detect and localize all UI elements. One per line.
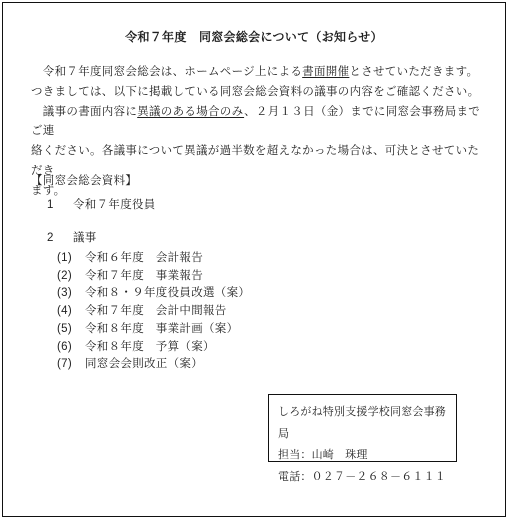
agenda-item: (1)令和６年度 会計報告 <box>57 250 250 268</box>
body-line-1-post: とさせていただきます。 <box>349 66 478 78</box>
materials-section-heading: 【同窓会総会資料】 <box>31 172 137 188</box>
agenda-item-label: 令和６年度 会計報告 <box>85 252 203 264</box>
agenda-item-label: 令和８年度 予算（案） <box>85 341 215 353</box>
materials-item-officers: 1令和７年度役員 <box>47 196 156 212</box>
contact-phone: 電話：０２７－２６８－６１１１ <box>278 467 450 489</box>
materials-item-officers-label: 令和７年度役員 <box>73 199 156 211</box>
materials-item-agenda-number: 2 <box>47 232 73 244</box>
agenda-item-number: (6) <box>57 339 85 357</box>
materials-item-agenda: 2議事 <box>47 229 97 245</box>
body-line-1-pre: 令和７年度同窓会総会は、ホームページ上による <box>31 66 302 78</box>
contact-organization: しろがね特別支援学校同窓会事務局 <box>278 402 450 445</box>
contact-box: しろがね特別支援学校同窓会事務局 担当：山崎 珠理 電話：０２７－２６８－６１１… <box>268 394 457 462</box>
agenda-item-number: (5) <box>57 321 85 339</box>
agenda-item-label: 令和８年度 事業計画（案） <box>85 323 238 335</box>
agenda-item-label: 同窓会会則改正（案） <box>85 358 203 370</box>
agenda-item: (6)令和８年度 予算（案） <box>57 339 250 357</box>
agenda-item: (4)令和７年度 会計中間報告 <box>57 303 250 321</box>
page-title: 令和７年度 同窓会総会について（お知らせ） <box>3 28 505 45</box>
agenda-item: (7)同窓会会則改正（案） <box>57 356 250 374</box>
body-line-3: 議事の書面内容に異議のある場合のみ、２月１３日（金）までに同窓会事務局までご連 <box>31 103 483 143</box>
agenda-item-number: (7) <box>57 356 85 374</box>
agenda-item-number: (4) <box>57 303 85 321</box>
underlined-objection-clause: 異議のある場合のみ <box>137 106 244 118</box>
agenda-list: (1)令和６年度 会計報告 (2)令和７年度 事業報告 (3)令和８・９年度役員… <box>57 250 250 374</box>
agenda-item-label: 令和７年度 事業報告 <box>85 270 203 282</box>
agenda-item-label: 令和８・９年度役員改選（案） <box>85 287 250 299</box>
agenda-item-number: (3) <box>57 285 85 303</box>
body-line-2: つきましては、以下に掲載している同窓会総会資料の議事の内容をご確認ください。 <box>31 83 483 103</box>
contact-person: 担当：山崎 珠理 <box>278 445 450 467</box>
agenda-item-label: 令和７年度 会計中間報告 <box>85 305 227 317</box>
body-line-3-pre: 議事の書面内容に <box>31 106 137 118</box>
agenda-item-number: (2) <box>57 268 85 286</box>
agenda-item: (2)令和７年度 事業報告 <box>57 268 250 286</box>
body-line-1: 令和７年度同窓会総会は、ホームページ上による書面開催とさせていただきます。 <box>31 63 483 83</box>
agenda-item: (5)令和８年度 事業計画（案） <box>57 321 250 339</box>
agenda-item-number: (1) <box>57 250 85 268</box>
materials-item-agenda-label: 議事 <box>73 232 97 244</box>
document-page: 令和７年度 同窓会総会について（お知らせ） 令和７年度同窓会総会は、ホームページ… <box>2 2 506 517</box>
agenda-item: (3)令和８・９年度役員改選（案） <box>57 285 250 303</box>
materials-item-officers-number: 1 <box>47 199 73 211</box>
underlined-written-format: 書面開催 <box>302 66 349 78</box>
